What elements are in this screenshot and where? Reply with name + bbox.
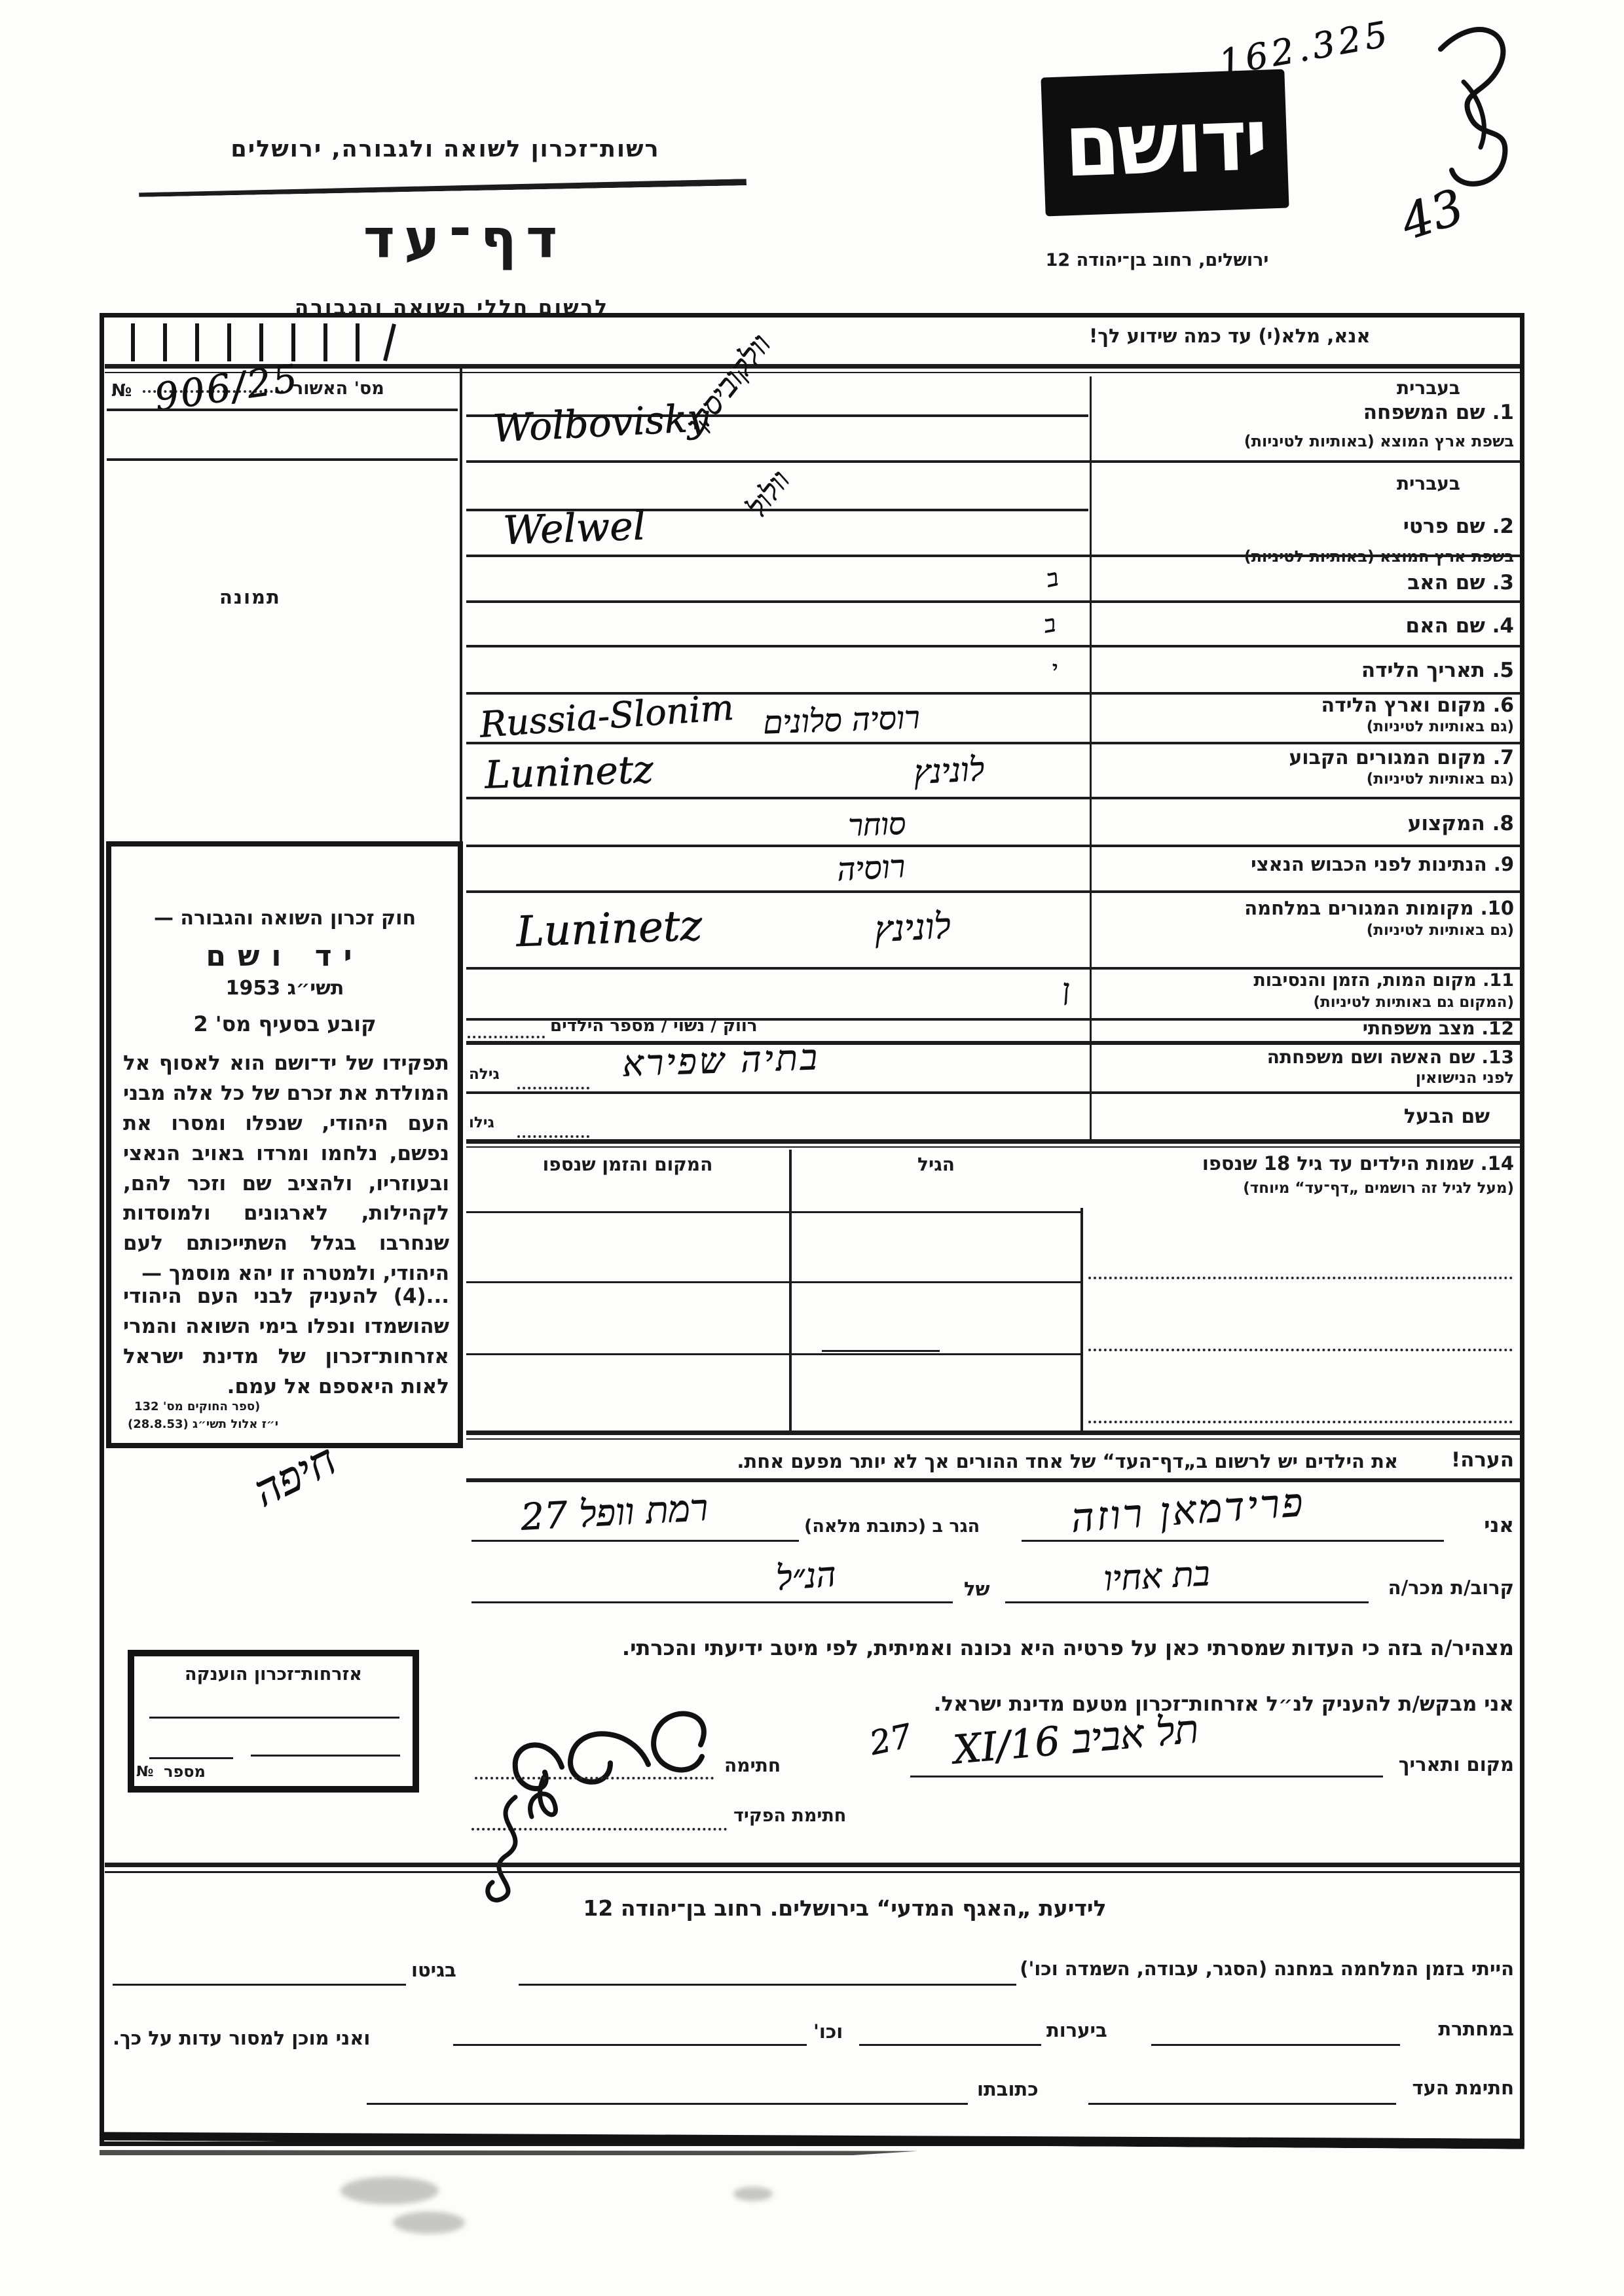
write-line-7 <box>466 797 1521 799</box>
column-divider <box>460 364 462 842</box>
footer-underground-line <box>1151 2044 1400 2046</box>
field-7-sublabel: (גם באותיות לטיניות) <box>1367 771 1514 788</box>
marital-leader-dots <box>468 1036 545 1038</box>
law-section: קובע בסעיף מס' 2 <box>118 1011 452 1036</box>
approval-rule-1 <box>107 409 458 411</box>
of-label: של <box>964 1578 990 1600</box>
field-7-value-latin: Luninetz <box>484 747 654 797</box>
field-1-pre: בעברית <box>1397 377 1460 399</box>
witness-name-line <box>1022 1540 1444 1542</box>
table-names-dots-2 <box>1088 1349 1513 1351</box>
footer-etc-label: וכו' <box>813 2020 843 2043</box>
relation-line-left <box>471 1601 953 1603</box>
relation-line-right <box>1005 1601 1369 1603</box>
footer-camp-line <box>519 1984 1016 1986</box>
field-13-sublabel: לפני הנישואין <box>1416 1068 1514 1087</box>
table-bottom-rule-2 <box>466 1438 1521 1440</box>
residing-label: הגר ב (כתובת מלאה) <box>804 1516 980 1537</box>
form-title: דף־עד <box>357 208 573 270</box>
footer-divider-2 <box>105 1871 1520 1873</box>
footer-title: לידיעת „האגף המדעי“ בירושלים. רחוב בן־יה… <box>419 1895 1270 1921</box>
table-top-rule-2 <box>466 1146 1521 1148</box>
field-6-value-hebrew: רוסיה סלונים <box>762 699 920 741</box>
photo-label: תמונה <box>219 586 281 608</box>
field-5-label: 5. תאריך הלידה <box>1361 659 1514 682</box>
field-13-label: 13. שם האשה ושם משפחתה <box>1267 1046 1514 1068</box>
citizenship-line-2b <box>251 1755 400 1757</box>
header-underline <box>139 179 747 197</box>
scan-smudge-2 <box>393 2212 465 2234</box>
table-names-dots-3 <box>1088 1421 1513 1423</box>
table-header-rule <box>466 1211 1080 1213</box>
field-8-label: 8. המקצוע <box>1408 812 1514 835</box>
table-col-place: המקום והזמן שנספו <box>466 1154 789 1175</box>
bottom-border-smear <box>100 2150 918 2155</box>
footer-ghetto-label: בגיטו <box>411 1959 456 1981</box>
law-year: תשי״ג 1953 <box>118 977 452 1000</box>
signature-label: חתימה <box>724 1755 781 1776</box>
scan-smudge-1 <box>341 2177 439 2204</box>
footer-witness-sig-line <box>1088 2103 1396 2105</box>
husband-name-label: שם הבעל <box>1404 1105 1490 1128</box>
footer-underground-label: במחתרת <box>1438 2018 1514 2040</box>
note-bottom-rule <box>466 1478 1521 1482</box>
field-4-label: 4. שם האם <box>1406 614 1514 638</box>
footer-address-label: כתובתו <box>977 2078 1039 2100</box>
marital-status-options: רווק / נשוי / מספר הילדים <box>550 1016 758 1036</box>
citizenship-number-label: מספר <box>164 1762 206 1781</box>
field-7-value-hebrew: לונינץ <box>913 750 986 792</box>
field-7-label: 7. מקום המגורים הקבוע <box>1289 746 1514 769</box>
field-9-label: 9. הנתינות לפני הכבוש הנאצי <box>1251 853 1514 875</box>
relation-value: בת אחיו <box>1103 1554 1211 1599</box>
field-11-sublabel: (המקום גם באותיות לטיניות) <box>1314 994 1515 1011</box>
label-divider <box>1090 376 1092 1139</box>
write-line-1lat <box>466 460 1521 463</box>
table-divider-age <box>789 1150 792 1430</box>
table-col-age: הגיל <box>792 1154 1080 1175</box>
law-paragraph-2: ‏...(4) להעניק לבני העם היהודי שהושמדו ו… <box>123 1282 449 1402</box>
table-bottom-rule <box>466 1430 1521 1435</box>
relative-label: קרוב/ת מכר/ה <box>1388 1576 1514 1599</box>
write-line-4 <box>466 645 1521 647</box>
his-age-leader <box>517 1135 589 1138</box>
field-10-value-hebrew: לונינץ <box>873 905 951 950</box>
scanned-testimony-page: 162.325 43 רשות־זכרון לשואה ולגבורה, ירו… <box>0 0 1624 2296</box>
citizenship-line-2a <box>149 1757 233 1759</box>
table-row-rule-2 <box>466 1353 1080 1355</box>
field-2-value-latin: Welwel <box>502 503 646 554</box>
table-row-rule-1 <box>466 1281 1080 1283</box>
write-line-3 <box>466 600 1521 603</box>
approval-number-label: מס' האשור <box>293 378 384 399</box>
write-line-6 <box>466 742 1521 744</box>
citizenship-no-sign: № <box>136 1764 153 1780</box>
footer-testimony-line: ואני מוכן למסור עדות על כך. <box>113 2027 370 2049</box>
approval-rule-2 <box>107 458 458 461</box>
relation-target-value: הנ״ל <box>775 1555 837 1598</box>
field-6-label: 6. מקום וארץ הלידה <box>1321 694 1514 717</box>
table-divider-names <box>1080 1208 1083 1430</box>
field-6-sublabel: (גם באותיות לטיניות) <box>1367 718 1514 735</box>
table-top-rule <box>466 1139 1521 1144</box>
place-date-line <box>910 1776 1383 1777</box>
citizenship-line-1 <box>149 1717 399 1719</box>
field-13-value: בתיה שפירא <box>621 1036 821 1084</box>
law-title: חוק זכרון השואה והגבורה — <box>118 907 452 930</box>
field-2-label: 2. שם פרטי <box>1403 515 1514 538</box>
his-age-label: גילו <box>469 1114 494 1131</box>
footer-divider <box>105 1863 1520 1867</box>
field-1-sublabel: בשפת ארץ המוצא (באותיות לטיניות) <box>1244 432 1514 450</box>
citizenship-box-title: אזרחות־זכרון הוענקה <box>134 1664 413 1685</box>
declaration-i-label: אני <box>1484 1514 1514 1537</box>
clerk-signature-scribble <box>466 1791 551 1908</box>
law-paragraph-1: תפקידו של יד־ושם הוא לאסוף אל המולדת את … <box>123 1049 449 1289</box>
field-14-sublabel: (מעל לגיל זה רושמים „דף־עד“ מיוחד) <box>1243 1180 1514 1197</box>
witness-address-line <box>471 1540 799 1542</box>
write-line-10 <box>466 967 1521 970</box>
yad-vashem-logo: ידושם <box>1041 69 1289 217</box>
top-rule-2 <box>105 372 1520 373</box>
signature-line <box>475 1777 714 1779</box>
logo-text: ידושם <box>1063 89 1267 196</box>
field-10-label: 10. מקומות המגורים במלחמה <box>1244 897 1514 919</box>
table-age-dash <box>822 1350 940 1352</box>
field-9-value: רוסיה <box>836 848 906 888</box>
field-8-value: סוחר <box>847 805 906 843</box>
footer-etc-line <box>453 2044 807 2046</box>
approval-no-sign: № <box>111 381 132 401</box>
authority-line: רשות־זכרון לשואה ולגבורה, ירושלים <box>147 136 743 162</box>
footer-camp-label: הייתי בזמן המלחמה במחנה (הסגר, עבודה, הש… <box>1020 1958 1514 1980</box>
place-date-label: מקום ותאריך <box>1399 1753 1514 1776</box>
field-1-label: 1. שם המשפחה <box>1363 401 1514 424</box>
clerk-signature-label: חתימת הפקיד <box>733 1806 846 1826</box>
her-age-leader <box>517 1087 589 1089</box>
field-14-label: 14. שמות הילדים עד גיל 18 שנספו <box>1202 1152 1514 1175</box>
law-brand: יד ושם <box>118 939 452 973</box>
fill-in-instruction: אנא, מלא(י) עד כמה שידוע לך! <box>1089 325 1371 347</box>
scan-smudge-3 <box>733 2187 773 2201</box>
her-age-label: גילה <box>469 1066 500 1083</box>
field-2-pre: בעברית <box>1397 473 1460 494</box>
field-10-sublabel: (גם באותיות לטיניות) <box>1367 922 1514 939</box>
footer-ghetto-line <box>113 1984 406 1986</box>
law-citation-1: (ספר החוקים מס' 132 <box>134 1400 260 1413</box>
write-line-9 <box>466 890 1521 893</box>
footer-forests-label: ביערות <box>1046 2019 1107 2041</box>
footer-witness-sig-label: חתימת העד <box>1412 2077 1514 2099</box>
field-11-label: 11. מקום המות, הזמן והנסיבות <box>1253 970 1514 991</box>
declaration-request: אני מבקש/ת להעניק לנ״ל אזרחות־זכרון מטעם… <box>934 1692 1514 1716</box>
field-10-value-latin: Luninetz <box>515 902 703 957</box>
declaration-statement: מצהיר/ה בזה כי העדות שמסרתי כאן על פרטיה… <box>622 1635 1514 1660</box>
write-line-2lat <box>466 555 1521 557</box>
note-title: הערה! <box>1451 1448 1514 1472</box>
write-line-8 <box>466 845 1521 847</box>
tally-marks <box>131 323 439 361</box>
footer-forests-line <box>859 2044 1041 2046</box>
note-text: את הילדים יש לרשום ב„דף־העד“ של אחד ההור… <box>737 1450 1398 1472</box>
field-3-label: 3. שם האב <box>1407 571 1514 594</box>
footer-address-line <box>367 2103 968 2105</box>
table-names-dots-1 <box>1088 1277 1513 1279</box>
top-rule <box>105 364 1520 369</box>
law-citation-2: י״ז אלול תשי״ג (28.8.53) <box>128 1417 278 1431</box>
write-line-13 <box>466 1091 1521 1094</box>
logo-address: ירושלים, רחוב בן־יהודה 12 <box>1024 250 1291 270</box>
